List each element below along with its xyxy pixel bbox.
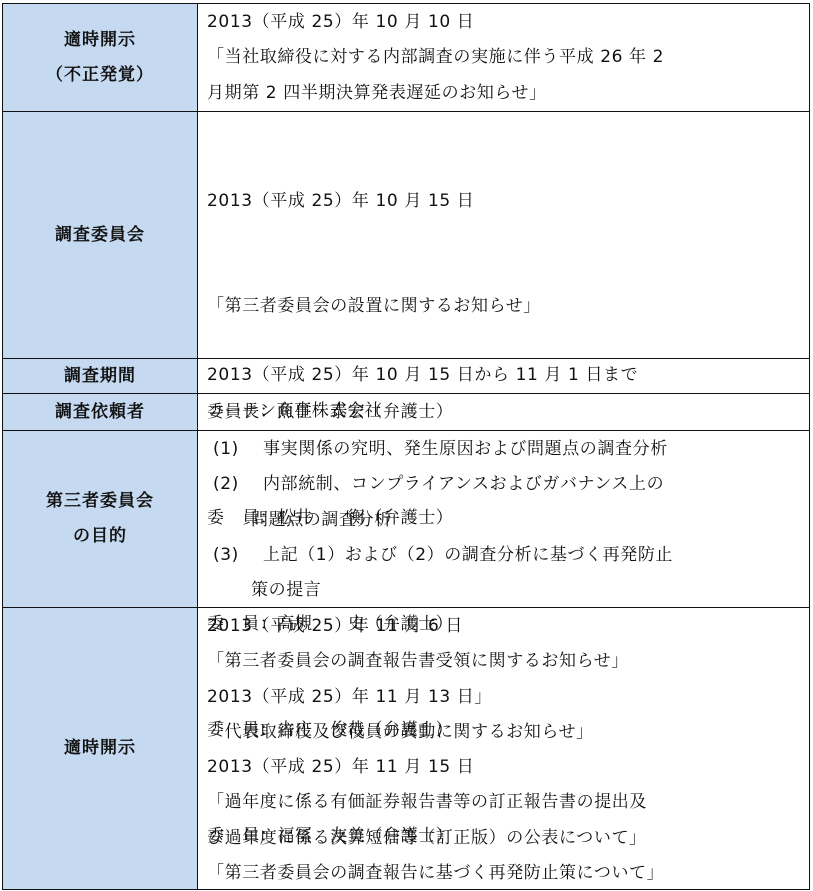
row-label: 調査期間 [3,359,198,393]
disclosure-summary-table: 適時開示 （不正発覚） 2013（平成 25）年 10 月 10 日 「当社取締… [2,3,810,890]
table-row-disclosure-fraud: 適時開示 （不正発覚） 2013（平成 25）年 10 月 10 日 「当社取締… [3,4,809,111]
item-text: 事実関係の究明、発生原因および問題点の調査分析 [263,439,668,459]
notice-title-line: び過年度に係る決算短信等（訂正版）の公表について」 [207,821,805,856]
date-line: 2013（平成 25）年 11 月 6 日 [207,609,805,644]
period-line: 2013（平成 25）年 10 月 15 日から 11 月 1 日まで [207,359,805,392]
date-line: 2013（平成 25）年 10 月 10 日 [207,5,805,40]
row-content: (1)事実関係の究明、発生原因および問題点の調査分析 (2)内部統制、コンプライ… [198,431,809,607]
notice-title-line: 「第三者委員会の設置に関するお知らせ」 [207,289,805,324]
item-continuation: 策の提言 [213,573,805,608]
table-row-requester: 調査依頼者 コーナン商事株式会社 [3,393,809,430]
item-number: (3) [213,538,263,573]
requester-line: コーナン商事株式会社 [207,394,805,429]
notice-title-line: 月期第 2 四半期決算発表遅延のお知らせ」 [207,76,805,111]
table-row-disclosure: 適時開示 2013（平成 25）年 11 月 6 日 「第三者委員会の調査報告書… [3,607,809,889]
row-label: 第三者委員会 の目的 [3,431,198,607]
label-line: の目的 [46,519,154,554]
notice-title-line: 「当社取締役に対する内部調査の実施に伴う平成 26 年 2 [207,40,805,75]
date-line: 2013（平成 25）年 10 月 15 日 [207,184,805,219]
row-content: 2013（平成 25）年 11 月 6 日 「第三者委員会の調査報告書受領に関す… [198,608,809,889]
item-text: 内部統制、コンプライアンスおよびガバナンス上の [263,474,664,494]
item-continuation: 問題点の調査分析 [213,503,805,538]
row-label: 適時開示 （不正発覚） [3,4,198,111]
row-label: 調査依頼者 [3,394,198,430]
date-line: 2013（平成 25）年 11 月 13 日」 [207,680,805,715]
row-content: 2013（平成 25）年 10 月 15 日 「第三者委員会の設置に関するお知ら… [198,112,809,358]
row-content: 2013（平成 25）年 10 月 10 日 「当社取締役に対する内部調査の実施… [198,4,809,111]
purpose-item-3: (3)上記（1）および（2）の調査分析に基づく再発防止 [213,538,805,573]
table-row-investigation-committee: 調査委員会 2013（平成 25）年 10 月 15 日 「第三者委員会の設置に… [3,111,809,358]
row-content: 2013（平成 25）年 10 月 15 日から 11 月 1 日まで [198,359,809,393]
date-line: 2013（平成 25）年 11 月 15 日 [207,750,805,785]
item-text: 上記（1）および（2）の調査分析に基づく再発防止 [263,545,673,565]
notice-title-line: 「第三者委員会の調査報告に基づく再発防止策について」 [207,856,805,891]
table-row-investigation-period: 調査期間 2013（平成 25）年 10 月 15 日から 11 月 1 日まで [3,358,809,393]
item-number: (2) [213,467,263,502]
purpose-item-1: (1)事実関係の究明、発生原因および問題点の調査分析 [213,432,805,467]
row-label: 適時開示 [3,608,198,889]
notice-title-line: 「過年度に係る有価証券報告書等の訂正報告書の提出及 [207,785,805,820]
label-line: （不正発覚） [46,58,154,93]
notice-title-line: 「第三者委員会の調査報告書受領に関するお知らせ」 [207,644,805,679]
item-number: (1) [213,432,263,467]
label-line: 調査期間 [64,359,136,394]
label-line: 調査委員会 [55,218,145,253]
purpose-item-2: (2)内部統制、コンプライアンスおよびガバナンス上の [213,467,805,502]
label-line: 調査依頼者 [55,395,145,430]
row-label: 調査委員会 [3,112,198,358]
label-line: 適時開示 [46,23,154,58]
notice-title-line: 「代表取締役及び役員の異動に関するお知らせ」 [207,715,805,750]
label-line: 適時開示 [64,731,136,766]
table-row-committee-purpose: 第三者委員会 の目的 (1)事実関係の究明、発生原因および問題点の調査分析 (2… [3,430,809,607]
row-content: コーナン商事株式会社 [198,394,809,430]
label-line: 第三者委員会 [46,484,154,519]
